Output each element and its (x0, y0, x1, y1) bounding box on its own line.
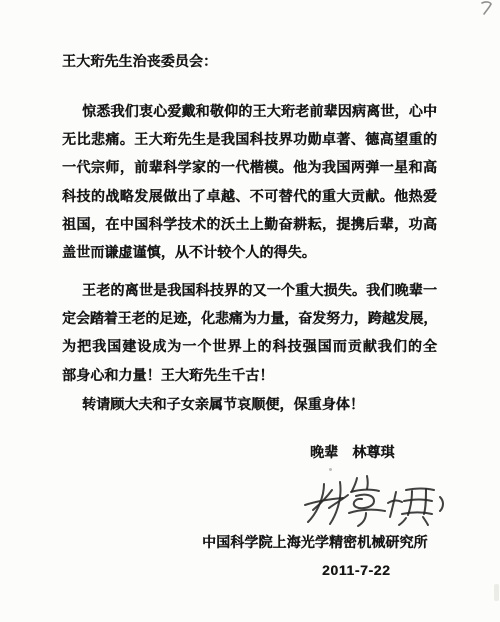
paragraph-line: 转请顾大夫和子女亲属节哀顺便，保重身体！ (62, 390, 437, 418)
paragraph-line: 科技的战略发展做出了卓越、不可替代的重大贡献。他热爱 (62, 182, 437, 210)
paragraph-2: 王老的离世是我国科技界的又一个重大损失。我们晚辈一 定会踏着王老的足迹，化悲痛为… (62, 276, 437, 389)
paragraph-line: 惊悉我们衷心爱戴和敬仰的王大珩老前辈因病离世，心中 (62, 97, 437, 125)
salutation: 王大珩先生治丧委员会： (62, 51, 217, 71)
paragraph-1: 惊悉我们衷心爱戴和敬仰的王大珩老前辈因病离世，心中 无比悲痛。王大珩先生是我国科… (62, 97, 437, 266)
paragraph-line: 一代宗师，前辈科学家的一代楷模。他为我国两弹一星和高 (62, 153, 437, 181)
pen-mark-icon (478, 0, 494, 16)
paragraph-line: 为把我国建设成为一个世界上的科技强国而贡献我们的全 (62, 332, 437, 360)
paragraph-line: 王老的离世是我国科技界的又一个重大损失。我们晚辈一 (62, 276, 437, 304)
letter-date: 2011-7-22 (322, 560, 390, 580)
scan-speck (78, 163, 85, 165)
handwritten-signature (299, 470, 449, 528)
letter-page: 王大珩先生治丧委员会： 惊悉我们衷心爱戴和敬仰的王大珩老前辈因病离世，心中 无比… (0, 0, 500, 622)
signoff-line: 晚辈 林尊琪 (310, 442, 395, 462)
paragraph-line: 部身心和力量！王大珩先生千古！ (62, 361, 437, 389)
paragraph-3: 转请顾大夫和子女亲属节哀顺便，保重身体！ (62, 390, 437, 418)
paragraph-line: 无比悲痛。王大珩先生是我国科技界功勋卓著、德高望重的 (62, 125, 437, 153)
scan-smudge (494, 584, 499, 601)
scan-speck (329, 468, 332, 471)
institute-name: 中国科学院上海光学精密机械研究所 (202, 532, 428, 552)
paragraph-line: 定会踏着王老的足迹，化悲痛为力量，奋发努力，跨越发展， (62, 304, 437, 332)
paragraph-line: 祖国，在中国科学技术的沃土上勤奋耕耘，提携后辈，功高 (62, 210, 437, 238)
paragraph-line: 盖世而谦虚谨慎，从不计较个人的得失。 (62, 238, 437, 266)
